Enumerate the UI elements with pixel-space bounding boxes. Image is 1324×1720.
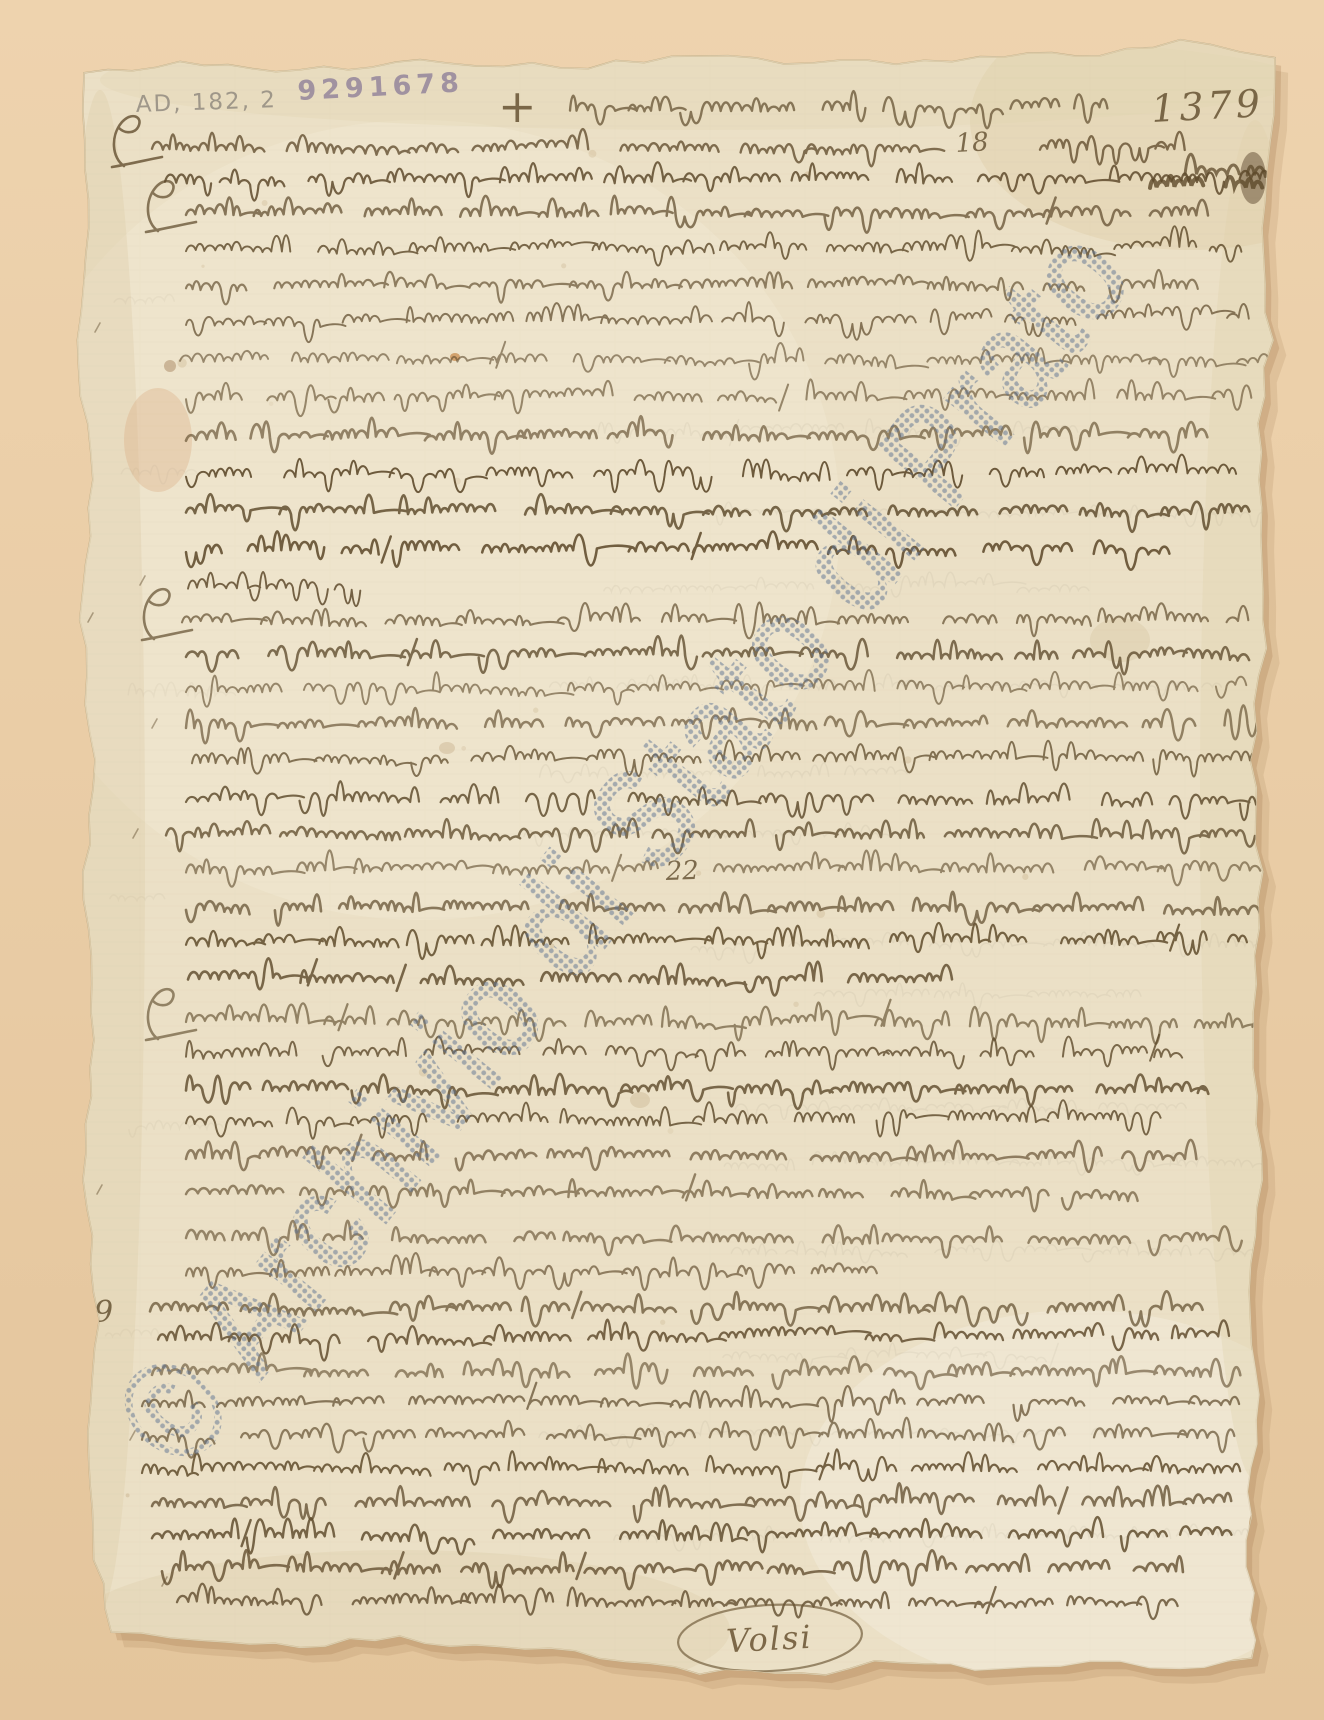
date-year: 1379 xyxy=(1150,81,1265,131)
inline-day-number: 18 xyxy=(955,127,990,159)
invocation-cross-mark: + xyxy=(498,79,537,133)
paper-stain xyxy=(164,360,176,372)
paper-stain xyxy=(439,742,455,754)
paper-stain xyxy=(630,1092,650,1108)
paper-stain xyxy=(1240,152,1266,204)
archival-pencil-note: AD, 182, 2 xyxy=(135,87,277,118)
manuscript-scan: AD, 182, 2 9291678 + 1379 18 22 9 Volsi … xyxy=(0,0,1324,1720)
paper-stain xyxy=(124,388,192,492)
docket-word: Volsi xyxy=(725,1618,813,1660)
manuscript-artwork: AD, 182, 2 9291678 + 1379 18 22 9 Volsi … xyxy=(0,0,1324,1720)
